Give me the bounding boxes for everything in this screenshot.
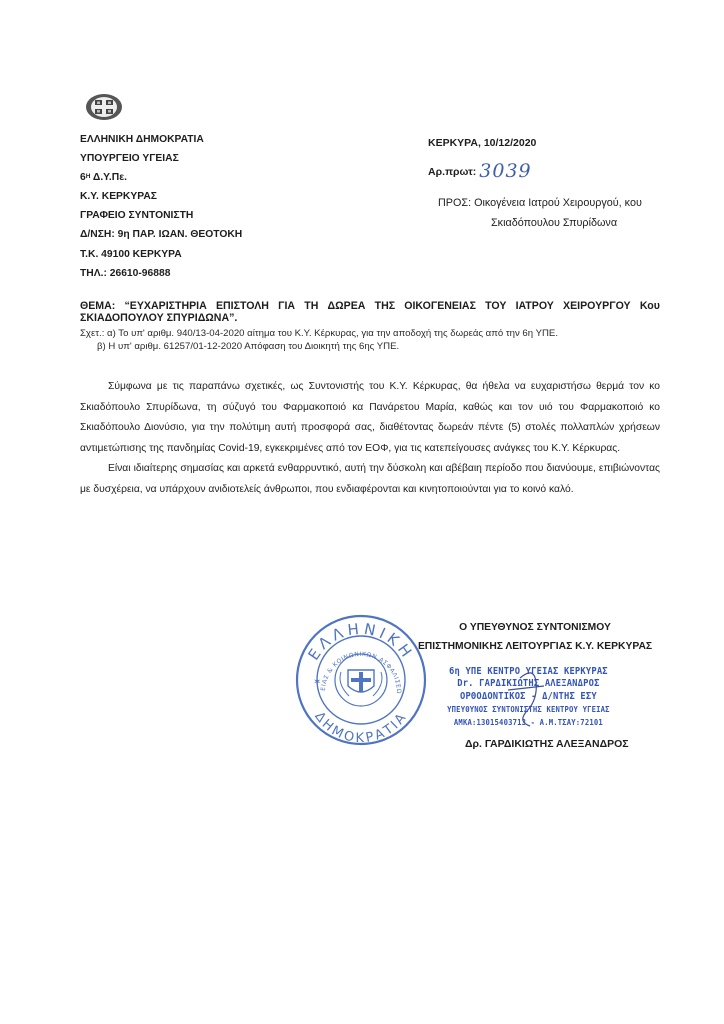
sender-office: ΓΡΑΦΕΙΟ ΣΥΝΤΟΝΙΣΤΗ — [80, 206, 242, 225]
subject-word: ΟΙΚΟΓΕΝΕΙΑΣ — [404, 300, 476, 312]
subject-word: ΔΩΡΕΑ — [328, 300, 366, 312]
handwritten-signature — [500, 660, 560, 740]
body-paragraph-1: Σύμφωνα με τις παραπάνω σχετικές, ως Συν… — [80, 377, 660, 459]
subject-word: ΓΙΑ — [278, 300, 295, 312]
sender-state: ΕΛΛΗΝΙΚΗ ΔΗΜΟΚΡΑΤΙΑ — [80, 130, 242, 149]
subject-line-2: ΣΚΙΑΔΟΠΟΥΛΟΥ ΣΠΥΡΙΔΩΝΑ”. — [80, 312, 660, 324]
recipient-block: ΠΡΟΣ: Οικογένεια Ιατρού Χειρουργού, κου … — [438, 193, 642, 233]
subject-word: ΙΑΤΡΟΥ — [516, 300, 554, 312]
reference-b: β) Η υπ' αριθμ. 61257/01-12-2020 Απόφαση… — [80, 341, 558, 354]
subject-word: ΤΟΥ — [485, 300, 506, 312]
signer-name: Δρ. ΓΑΡΔΙΚΙΩΤΗΣ ΑΛΕΞΑΝΔΡΟΣ — [465, 738, 629, 750]
subject-line-1: ΘΕΜΑ:“ΕΥΧΑΡΙΣΤΗΡΙΑΕΠΙΣΤΟΛΗΓΙΑΤΗΔΩΡΕΑΤΗΣΟ… — [80, 300, 660, 312]
recipient-line-1: ΠΡΟΣ: Οικογένεια Ιατρού Χειρουργού, κου — [438, 193, 642, 213]
subject-word: ΕΠΙΣΤΟΛΗ — [216, 300, 269, 312]
references: Σχετ.: α) Το υπ' αριθμ. 940/13-04-2020 α… — [80, 328, 558, 353]
protocol-handwritten-number: 3039 — [479, 160, 531, 182]
official-round-seal: ΕΛΛΗΝΙΚΗ ΔΗΜΟΚΡΑΤΙΑ ΥΓΕΙΑΣ & ΚΟΙΝΩΝΙΚΩΝ … — [293, 612, 429, 748]
svg-text:✶: ✶ — [313, 677, 321, 688]
subject: ΘΕΜΑ:“ΕΥΧΑΡΙΣΤΗΡΙΑΕΠΙΣΤΟΛΗΓΙΑΤΗΔΩΡΕΑΤΗΣΟ… — [80, 300, 660, 324]
subject-word: ΤΗΣ — [375, 300, 395, 312]
body-paragraph-2: Είναι ιδιαίτερης σημασίας και αρκετά ενθ… — [80, 459, 660, 500]
sender-block: ΕΛΛΗΝΙΚΗ ΔΗΜΟΚΡΑΤΙΑ ΥΠΟΥΡΓΕΙΟ ΥΓΕΙΑΣ 6Η … — [80, 130, 242, 283]
recipient-line-2: Σκιαδόπουλου Σπυρίδωνα — [438, 213, 642, 233]
subject-word: ΤΗ — [304, 300, 318, 312]
protocol-number: Αρ.πρωτ:3039 — [428, 158, 532, 180]
place-date: ΚΕΡΚΥΡΑ, 10/12/2020 — [428, 137, 536, 149]
subject-word: Κου — [640, 300, 660, 312]
signatory-title: Ο ΥΠΕΥΘΥΝΟΣ ΣΥΝΤΟΝΙΣΜΟΥ ΕΠΙΣΤΗΜΟΝΙΚΗΣ ΛΕ… — [400, 618, 670, 656]
sender-dype: 6Η Δ.Υ.Πε. — [80, 168, 242, 187]
sender-ministry: ΥΠΟΥΡΓΕΙΟ ΥΓΕΙΑΣ — [80, 149, 242, 168]
sender-phone: ΤΗΛ.: 26610-96888 — [80, 264, 242, 283]
sender-health-center: Κ.Υ. ΚΕΡΚΥΡΑΣ — [80, 187, 242, 206]
reference-a: Σχετ.: α) Το υπ' αριθμ. 940/13-04-2020 α… — [80, 328, 558, 341]
protocol-label: Αρ.πρωτ: — [428, 166, 476, 178]
signatory-title-line-1: Ο ΥΠΕΥΘΥΝΟΣ ΣΥΝΤΟΝΙΣΜΟΥ — [400, 618, 670, 637]
sender-postcode: Τ.Κ. 49100 ΚΕΡΚΥΡΑ — [80, 245, 242, 264]
signatory-title-line-2: ΕΠΙΣΤΗΜΟΝΙΚΗΣ ΛΕΙΤΟΥΡΓΙΑΣ Κ.Υ. ΚΕΡΚΥΡΑΣ — [400, 637, 670, 656]
greek-state-emblem-icon — [84, 92, 124, 122]
sender-address: Δ/ΝΣΗ: 9η ΠΑΡ. ΙΩΑΝ. ΘΕΟΤΟΚΗ — [80, 225, 242, 244]
subject-word: ΧΕΙΡΟΥΡΓΟΥ — [563, 300, 631, 312]
svg-text:ΔΗΜΟΚΡΑΤΙΑ: ΔΗΜΟΚΡΑΤΙΑ — [311, 709, 411, 746]
subject-word: “ΕΥΧΑΡΙΣΤΗΡΙΑ — [124, 300, 206, 312]
subject-word: ΘΕΜΑ: — [80, 300, 115, 312]
letter-body: Σύμφωνα με τις παραπάνω σχετικές, ως Συν… — [80, 377, 660, 500]
